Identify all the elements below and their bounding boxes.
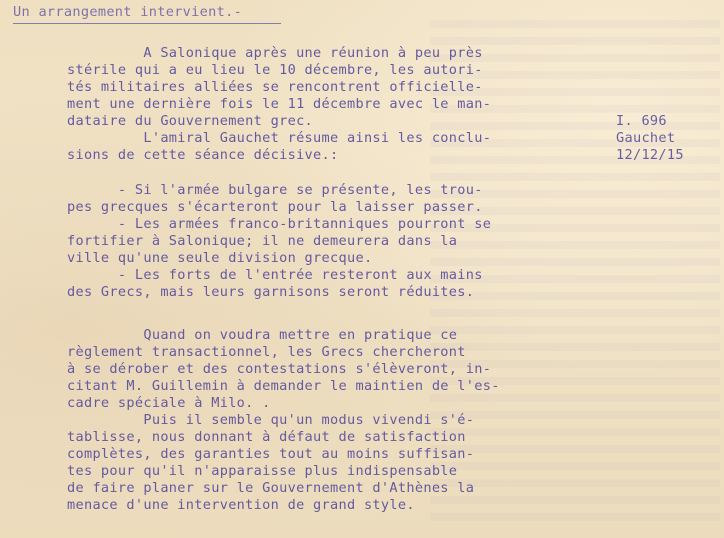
body-line: - Les forts de l'entrée resteront aux ma…: [67, 267, 483, 284]
body-line: complètes, des garanties tout au moins s…: [67, 446, 474, 463]
body-line: des Grecs, mais leurs garnisons seront r…: [67, 284, 474, 301]
body-line: Quand on voudra mettre en pratique ce: [67, 327, 457, 344]
body-line: menace d'une intervention de grand style…: [67, 497, 415, 514]
typewritten-page: Un arrangement intervient.- A Salonique …: [0, 0, 724, 538]
body-line: sions de cette séance décisive.:: [67, 147, 339, 164]
body-line: L'amiral Gauchet résume ainsi les conclu…: [67, 130, 491, 147]
body-line: de faire planer sur le Gouvernement d'At…: [67, 480, 474, 497]
body-line: tés militaires alliées se rencontrent of…: [67, 79, 483, 96]
heading-underline: [13, 23, 281, 24]
body-line: règlement transactionnel, les Grecs cher…: [67, 344, 466, 361]
body-line: - Les armées franco-britanniques pourron…: [67, 216, 491, 233]
body-line: dataire du Gouvernement grec.: [67, 113, 313, 130]
body-line: à se dérober et des contestations s'élèv…: [67, 361, 491, 378]
body-line: tablisse, nous donnant à défaut de satis…: [67, 429, 466, 446]
body-line: A Salonique après une réunion à peu près: [67, 45, 483, 62]
margin-reference: I. 696: [616, 113, 667, 130]
body-line: tes pour qu'il n'apparaisse plus indispe…: [67, 463, 457, 480]
body-line: Puis il semble qu'un modus vivendi s'é-: [67, 412, 474, 429]
body-line: fortifier à Salonique; il ne demeurera d…: [67, 233, 457, 250]
body-line: cadre spéciale à Milo. .: [67, 395, 271, 412]
margin-name: Gauchet: [616, 130, 675, 147]
body-line: ville qu'une seule division grecque.: [67, 250, 372, 267]
body-line: - Si l'armée bulgare se présente, les tr…: [67, 182, 483, 199]
body-line: pes grecques s'écarteront pour la laisse…: [67, 199, 483, 216]
section-heading: Un arrangement intervient.-: [13, 4, 242, 21]
body-line: stérile qui a eu lieu le 10 décembre, le…: [67, 62, 483, 79]
body-line: ment une dernière fois le 11 décembre av…: [67, 96, 491, 113]
margin-date: 12/12/15: [616, 147, 684, 164]
body-line: citant M. Guillemin à demander le mainti…: [67, 378, 500, 395]
